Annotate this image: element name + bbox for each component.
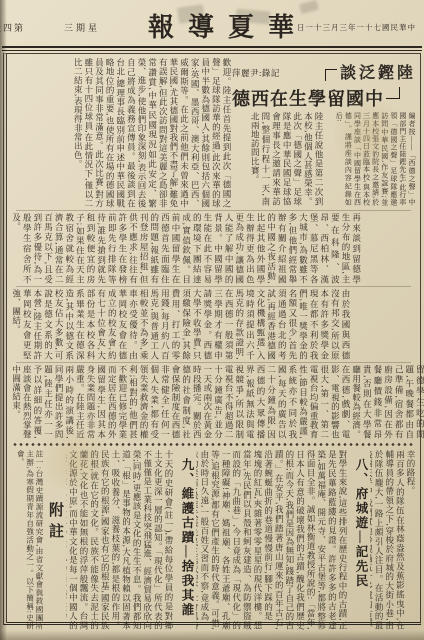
byline: 萍麗尹:錄記 [232,63,280,79]
weekday-label: 三期星 [64,21,100,34]
article-column-band-2: 再來談到留德學生分布的地區,主要在科隆、波昂、西柏林、漢堡、慕尼黑等各大城市,為… [11,213,362,284]
headline-main: 德西在生學留國中 [232,85,384,111]
feature-lead-columns: 幸的路程。 兩百多人的隊伍在林蔭盎然及蕉影搖曳中,在輔導員的帶領之下,穿梭於府城… [370,450,416,630]
headline-kicker: 談泛鏗陸 [340,60,416,83]
issue-date: 日一十三月三年一十七國民華中 [297,22,416,33]
headline-lower: 陸主任說他是第二次到本校,他個人甚感榮幸。此次「德國之聲」足球隊是應中華民國足球… [232,112,416,208]
newspaper-page: 版四第 三期星 報導夏華 日一十三月三年一十七國民華中 歡迎。陸主任首先提到此次… [0,0,424,640]
column-gutter [16,210,411,211]
headline-row-main: 德西在生學留國中 [232,84,416,112]
feature-section: 幸的路程。 兩百多人的隊伍在林蔭盎然及蕉影搖曳中,在輔導員的帶領之下,穿梭於府城… [11,450,416,630]
headline-block: 萍麗尹:錄記 談泛鏗陸 德西在生學留國中 陸主任說他是第二次到本校,他個人甚感榮… [232,58,416,208]
editor-note: 編者按——「西德之聲」中國部門主任陸鏗先生,此行率領「德國之聲」足球隊應邀訪問中… [324,112,416,206]
article-intro: 陸主任說他是第二次到本校,他個人甚感榮幸。此次「德國之聲」足球隊是應中華民國足球… [232,112,324,206]
appendix-note: 註一:台灣史蹟源流研究會,由省文獻會與救國團所主辦,為寒假期青年自強活動之一。以… [8,450,44,630]
leftover-text: 幸的路程。 [406,450,416,495]
column-gutter [16,286,411,287]
section9-title: 九、維護古蹟—捨我其誰 [174,450,196,630]
article-column-band-4: 關於禮節的事,首先要知道德國人非常重視身分,拜會會長、朋友須事先約定,不可突然登… [11,365,424,439]
page-number-label: 版四第 [0,21,25,34]
section8-title: 八、府城遊—記先民 [348,450,370,630]
masthead-rule [2,46,422,51]
content-frame: 歡迎。陸主任首先提到此次「德國之聲」足球隊訪華的經過,此次來華的球員中半數為德國… [3,53,421,625]
article-column-band-3: 由於我國與西德沒有邦交,所以原本有許多獎學金現在都不利於我們,唯一獎學金的名額又… [11,289,351,360]
section9-body: 十天的史研會(註一),帶給每位學員的是對鄉土文化更深一層的認知。「現代化」所代表… [66,450,174,630]
appendix-title: 附註 [44,450,66,630]
scalloped-divider [12,441,415,448]
feature-lead-text: 兩百多人的隊伍在林蔭盎然及蕉影搖曳中,在輔導員的帶領之下,穿梭於府城的大街小巷,… [370,450,405,630]
article-top-row: 歡迎。陸主任首先提到此次「德國之聲」足球隊訪華的經過,此次來華的球員中半數為德國… [11,58,416,208]
section8-body: 對學生來說,這些排列在歷史行程中的古蹟,正是先民蓽路藍縷的見證。許許多多的古老建… [196,450,348,630]
headline-bracket-icon [386,87,400,99]
headline-row-top: 萍麗尹:錄記 談泛鏗陸 [232,58,416,84]
page-header: 版四第 三期星 報導夏華 日一十三月三年一十七國民華中 [0,0,424,46]
headline-bracket-icon [325,69,337,81]
column-gutter [16,362,411,363]
masthead-title: 報導夏華 [148,7,308,44]
article-column-band-1: 歡迎。陸主任首先提到此次「德國之聲」足球隊訪華的經過,此次來華的球員中半數為德國… [11,58,232,208]
